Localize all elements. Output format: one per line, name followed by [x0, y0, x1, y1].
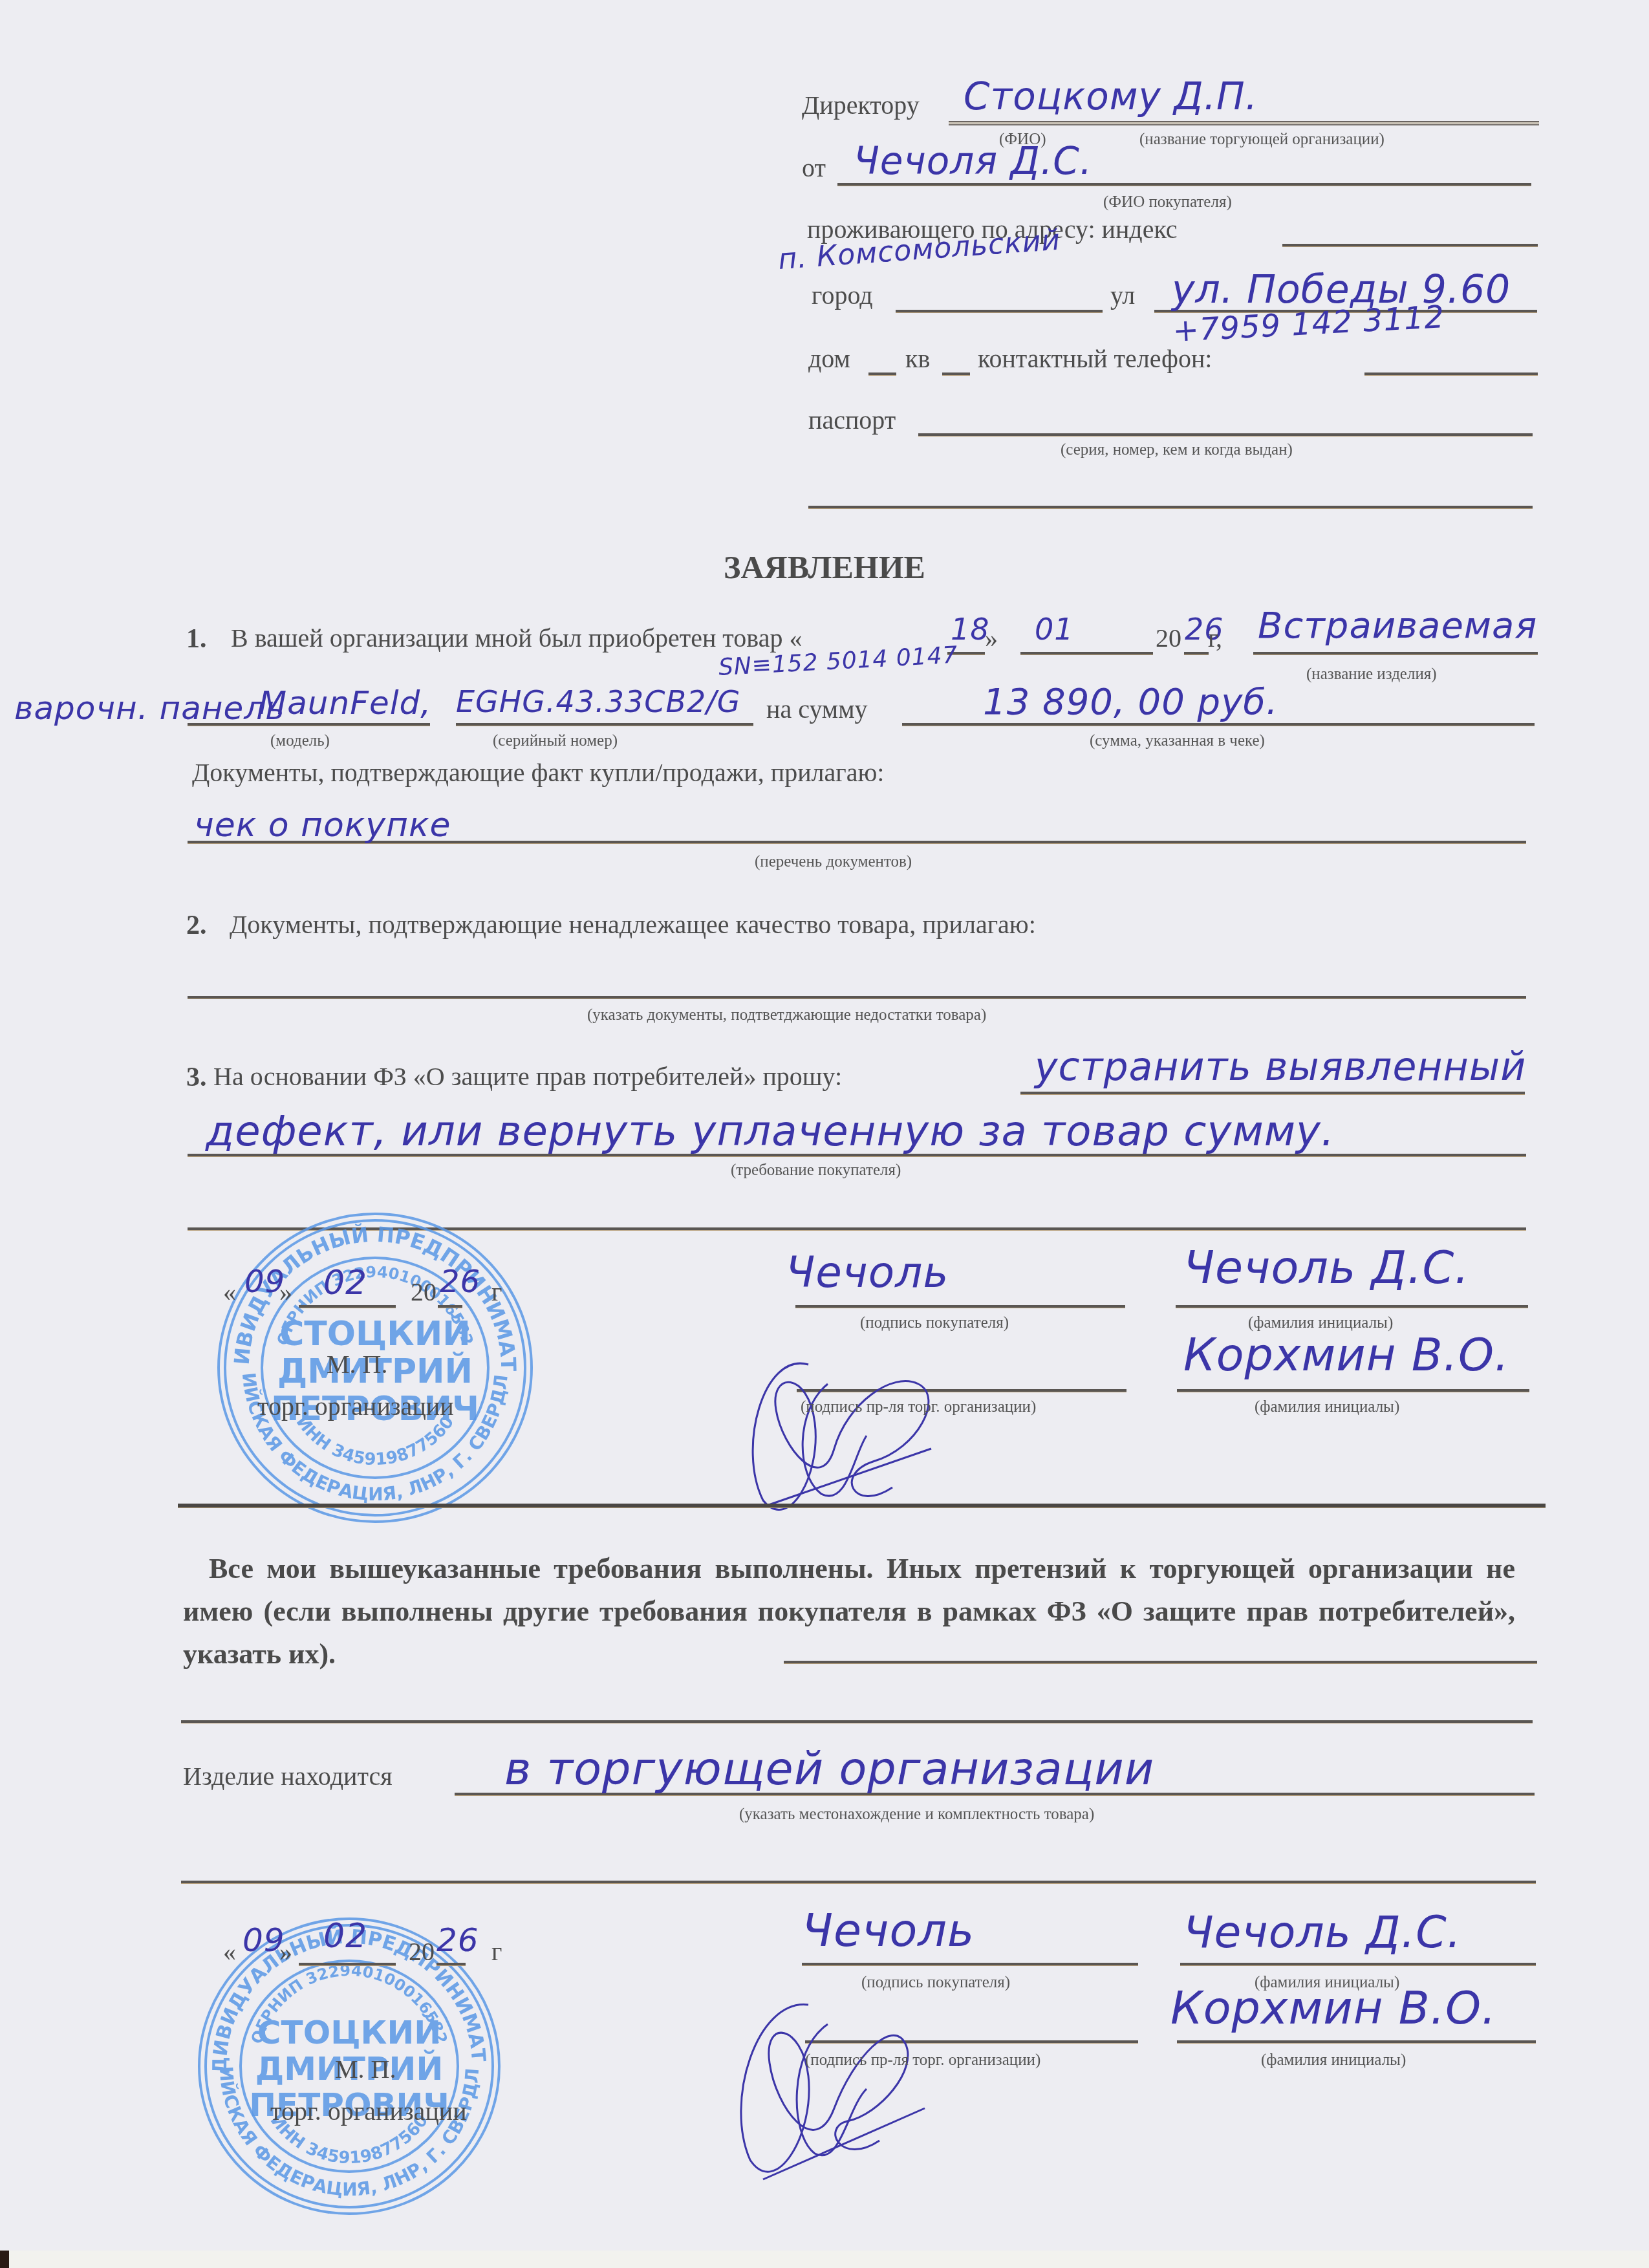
- sign2-buyer-name[interactable]: Чечоль Д.С.: [1183, 1911, 1461, 1955]
- purchase-month-line: [1020, 652, 1153, 655]
- sign2-month-line: [299, 1963, 396, 1966]
- amount-caption: (сумма, указанная в чеке): [1090, 733, 1265, 749]
- product-name-line: [1253, 652, 1538, 655]
- sign1-year-prefix: 20: [411, 1279, 436, 1305]
- docs-label: Документы, подтверждающие факт купли/про…: [192, 760, 884, 786]
- sign1-month[interactable]: 02: [323, 1266, 367, 1300]
- sign2-buyer-signature-line: [802, 1963, 1138, 1966]
- purchase-year-g: г,: [1208, 625, 1222, 651]
- sign1-month-line: [299, 1305, 396, 1308]
- section-1-number: 1.: [186, 625, 207, 653]
- sign1-rep-signature[interactable]: [724, 1345, 970, 1520]
- section-2-line: [188, 996, 1526, 999]
- sign2-rep-name-caption: (фамилия инициалы): [1261, 2052, 1406, 2068]
- index-field-line: [1282, 244, 1538, 247]
- location-label: Изделие находится: [183, 1764, 393, 1789]
- phone-field-line: [1364, 373, 1538, 376]
- from-field-line: [837, 183, 1531, 186]
- sign1-buyer-signature-line: [795, 1305, 1125, 1308]
- section-3-number: 3.: [186, 1064, 207, 1091]
- apartment-field-line: [942, 373, 970, 376]
- location-value[interactable]: в торгующей организации: [504, 1746, 1154, 1791]
- sign2-year-line: [436, 1963, 466, 1966]
- svg-text:СТОЦКИЙ: СТОЦКИЙ: [257, 2013, 441, 2051]
- quote-close: »: [985, 625, 998, 651]
- purchase-year-prefix: 20: [1156, 625, 1181, 651]
- street-label: ул: [1110, 283, 1135, 308]
- section-3-text: На основании ФЗ «О защите прав потребите…: [213, 1064, 842, 1090]
- serial-line: [456, 723, 753, 726]
- section-2-number: 2.: [186, 912, 207, 939]
- sign1-rep-name-caption: (фамилия инициалы): [1255, 1399, 1399, 1415]
- sign2-day[interactable]: 09: [242, 1924, 285, 1956]
- scan-edge: [0, 2251, 1649, 2268]
- sign2-buyer-signature[interactable]: Чечоль: [802, 1908, 975, 1953]
- buyer-fio-caption: (ФИО покупателя): [1103, 194, 1232, 210]
- passport-field-line: [918, 433, 1533, 437]
- house-field-line: [868, 373, 896, 376]
- sign1-date-open: «: [223, 1279, 236, 1305]
- sign2-date-close: »: [279, 1939, 292, 1965]
- section-2-caption: (указать документы, подтветджающие недос…: [587, 1007, 986, 1023]
- sign1-year-line: [438, 1305, 462, 1308]
- sign1-year-suffix[interactable]: 26: [440, 1266, 480, 1297]
- resolution-text: Все мои вышеуказанные требования выполне…: [183, 1548, 1515, 1676]
- sign2-year-suffix[interactable]: 26: [436, 1924, 479, 1956]
- sign1-buyer-name-line: [1176, 1305, 1528, 1308]
- sign2-year-prefix: 20: [409, 1939, 435, 1965]
- section-3-value-line-1[interactable]: устранить выявленный: [1035, 1048, 1526, 1086]
- product-name-cont[interactable]: варочн. панель: [14, 692, 285, 724]
- resolution-line-1: [784, 1661, 1537, 1664]
- apartment-label: кв: [905, 346, 930, 372]
- docs-value[interactable]: чек о покупке: [194, 808, 451, 842]
- sign1-buyer-signature[interactable]: Чечоль: [786, 1251, 949, 1294]
- city-field-line: [896, 310, 1103, 313]
- sign1-rep-name[interactable]: Корхмин В.О.: [1183, 1332, 1509, 1377]
- sign2-rep-name-line: [1177, 2040, 1536, 2044]
- passport-field-line-2: [808, 506, 1533, 509]
- section-3-value-line-2[interactable]: дефект, или вернуть уплаченную за товар …: [206, 1111, 1335, 1152]
- document-page: Директору Стоцкому Д.П. (ФИО) (название …: [0, 0, 1649, 2251]
- sign2-org: торг. организации: [270, 2099, 467, 2124]
- sign2-year-g: г: [491, 1939, 502, 1965]
- amount-label: на сумму: [766, 697, 867, 722]
- house-label: дом: [808, 346, 850, 372]
- sign1-mp: М. П.: [327, 1352, 387, 1377]
- section-1-text: В вашей организации мной был приобретен …: [231, 625, 802, 651]
- sign1-year-g: г: [491, 1279, 502, 1305]
- sign1-rep-name-line: [1177, 1389, 1529, 1392]
- sign2-buyer-name-line: [1180, 1963, 1536, 1966]
- section-divider: [178, 1504, 1546, 1508]
- sign2-rep-name[interactable]: Корхмин В.О.: [1170, 1985, 1496, 2031]
- svg-text:СТОЦКИЙ: СТОЦКИЙ: [279, 1314, 471, 1354]
- city-label: город: [812, 283, 873, 308]
- sign2-rep-signature-caption: (подпись пр-ля торг. организации): [805, 2052, 1040, 2068]
- product-name-caption: (название изделия): [1306, 666, 1437, 682]
- director-field-line: [949, 121, 1539, 125]
- from-label: от: [802, 155, 826, 181]
- director-label: Директору: [802, 92, 920, 118]
- section-2-text: Документы, подтверждающие ненадлежащее к…: [230, 912, 1036, 938]
- product-name-start[interactable]: Встраиваемая: [1258, 608, 1537, 644]
- sign1-buyer-name[interactable]: Чечоль Д.С.: [1183, 1245, 1470, 1290]
- model-caption: (модель): [270, 733, 330, 749]
- sign2-date-open: «: [223, 1939, 236, 1965]
- model-line: [188, 723, 430, 726]
- passport-caption: (серия, номер, кем и когда выдан): [1061, 442, 1293, 458]
- resolution-line-2: [181, 1720, 1533, 1723]
- org-caption: (название торгующей организации): [1139, 131, 1385, 147]
- director-value[interactable]: Стоцкому Д.П.: [964, 78, 1258, 115]
- purchase-month[interactable]: 01: [1035, 614, 1074, 644]
- sign1-org: торг. организации: [257, 1394, 454, 1420]
- sign2-mp: М. П.: [335, 2057, 396, 2082]
- serial-caption: (серийный номер): [493, 733, 618, 749]
- sign2-month[interactable]: 02: [323, 1919, 367, 1953]
- sign2-buyer-signature-caption: (подпись покупателя): [861, 1974, 1010, 1991]
- amount-value[interactable]: 13 890, 00 руб.: [983, 684, 1278, 720]
- purchase-day[interactable]: 18: [951, 614, 990, 644]
- amount-line: [902, 723, 1535, 726]
- document-title: ЗАЯВЛЕНИЕ: [0, 548, 1649, 586]
- docs-caption: (перечень документов): [755, 854, 912, 870]
- model-value[interactable]: MaunFeld,: [259, 687, 431, 719]
- passport-label: паспорт: [808, 407, 896, 433]
- serial-value[interactable]: EGHG.43.33CB2/G: [456, 687, 740, 717]
- from-value[interactable]: Чечоля Д.С.: [854, 142, 1092, 180]
- section-3-line-1: [1020, 1092, 1525, 1095]
- sign1-rep-signature-caption: (подпись пр-ля торг. организации): [801, 1399, 1036, 1415]
- phone-label: контактный телефон:: [978, 346, 1212, 372]
- sign1-date-close: »: [279, 1279, 292, 1305]
- purchase-year-line: [1184, 652, 1209, 655]
- location-caption: (указать местонахождение и комплектность…: [739, 1806, 1094, 1822]
- street-value[interactable]: ул. Победы 9.60: [1172, 270, 1511, 309]
- section-3-caption: (требование покупателя): [731, 1162, 901, 1178]
- location-line-2: [181, 1881, 1536, 1884]
- sign2-rep-signature[interactable]: [711, 1992, 957, 2186]
- sign1-buyer-signature-caption: (подпись покупателя): [860, 1315, 1009, 1331]
